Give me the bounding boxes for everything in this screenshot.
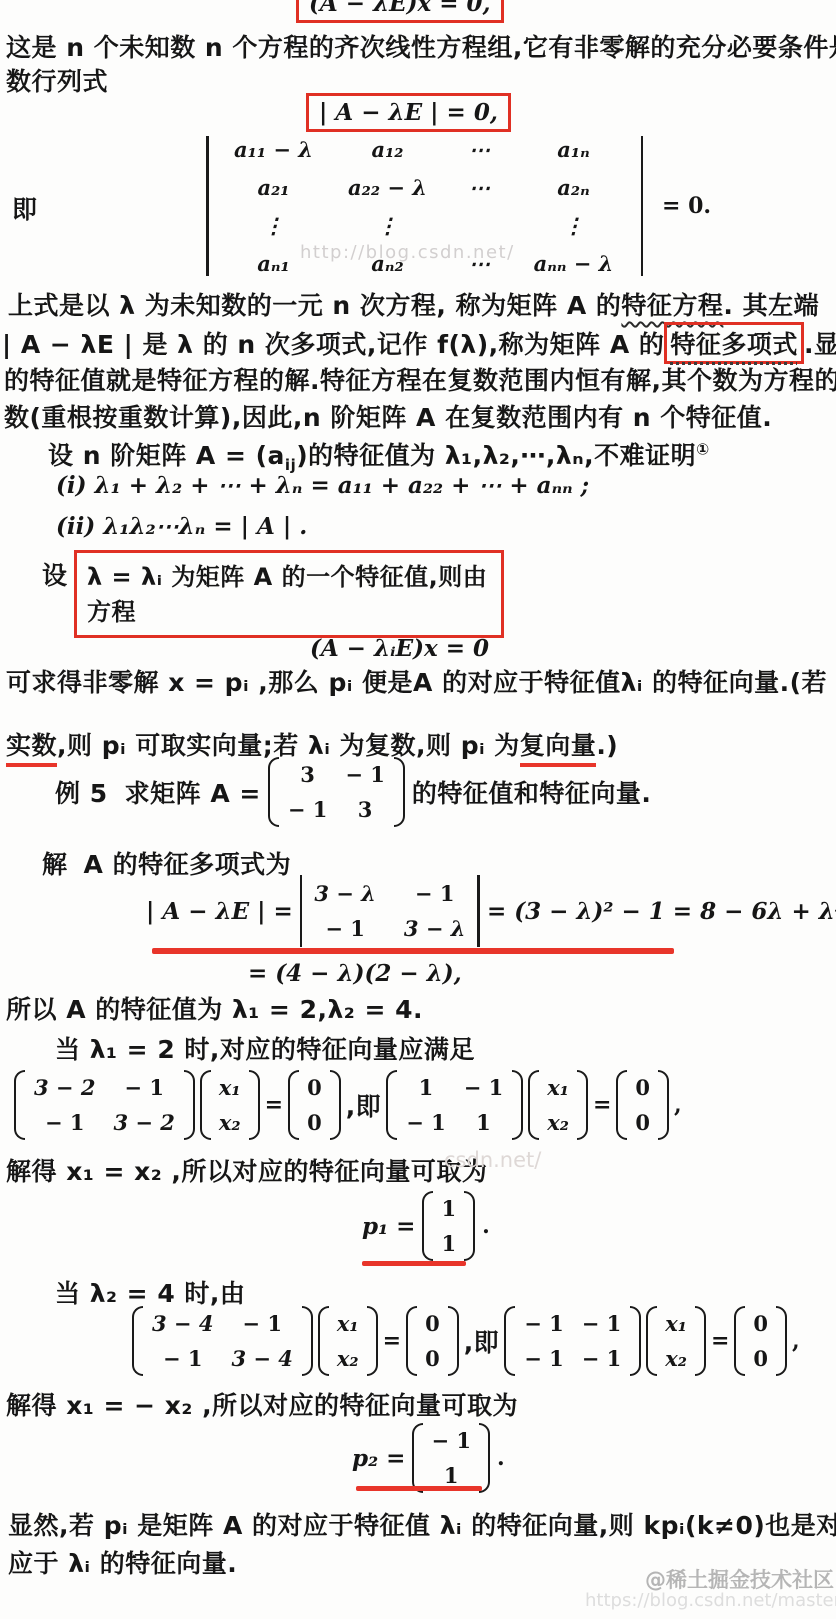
paren-right	[394, 757, 405, 827]
matrix-cell: aₙ₁	[257, 251, 289, 276]
textbook-page: (A − λE)x = 0, 这是 n 个未知数 n 个方程的齐次线性方程组,它…	[0, 0, 836, 1619]
solve-label: 解	[42, 850, 68, 879]
vector-cell: 0	[307, 1110, 322, 1135]
paragraph-characteristic-eq-line2: | A − λE | 是 λ 的 n 次多项式,记作 f(λ),称为矩阵 A 的…	[2, 322, 836, 364]
matrix-cell: aₙₙ − λ	[534, 251, 614, 276]
matrix-cell: − 1	[406, 1110, 446, 1135]
det-entries: 3 − λ − 1 − 1 3 − λ	[302, 875, 477, 947]
matrix-cell: − 1	[524, 1311, 564, 1336]
vector-p1: 11	[422, 1191, 475, 1261]
matrix-cell: a₁ₙ	[557, 137, 589, 162]
vector-x: x₁x₂	[646, 1306, 706, 1376]
matrix: 3 − 4− 1− 13 − 4	[132, 1306, 313, 1376]
paren-right	[512, 1070, 523, 1140]
text-fragment: .显然,A	[804, 330, 836, 359]
text-fragment: ,则 pᵢ 可取实向量;若 λᵢ 为复数,则 pᵢ 为	[57, 731, 520, 760]
matrix-cell: − 1	[288, 797, 328, 822]
paren-left	[14, 1070, 25, 1140]
paren-left	[318, 1306, 329, 1376]
case2-system: 3 − 4− 1− 13 − 4 x₁x₂ = 00 ,即 − 1− 1− 1−…	[132, 1309, 800, 1373]
vector-cell: x₂	[219, 1110, 241, 1135]
matrix-cell: ⋮	[263, 213, 284, 238]
matrix-entries: − 1− 1− 1− 1	[515, 1306, 630, 1376]
vector-entries: 11	[433, 1191, 464, 1261]
vector-cell: 0	[307, 1075, 322, 1100]
paren-right	[630, 1306, 641, 1376]
paren-right	[658, 1070, 669, 1140]
p2-label: p₂ =	[352, 1445, 405, 1472]
matrix-entries: 3 − 4− 1− 13 − 4	[143, 1306, 302, 1376]
vector-entries: 00	[745, 1306, 776, 1376]
namely-text: ,即	[346, 1087, 382, 1123]
matrix-cell: a₁₂	[371, 137, 403, 162]
paren-left	[268, 757, 279, 827]
determinant-bar-left	[206, 136, 209, 276]
paren-left	[386, 1070, 397, 1140]
term-real-number: 实数	[6, 731, 57, 767]
comma: ,	[674, 1092, 682, 1118]
paren-right	[367, 1306, 378, 1376]
paragraph-eigenvector-line1: 可求得非零解 x = pᵢ ,那么 pᵢ 便是A 的对应于特征值λᵢ 的特征向量…	[6, 663, 836, 699]
red-underline-polynomial	[152, 948, 674, 954]
label-namely: 即	[12, 190, 38, 226]
example-5-statement: 例 5 求矩阵 A = 3 − 1 − 1 3 的特征值和特征向量.	[55, 760, 651, 824]
matrix-cell: − 1	[582, 1311, 622, 1336]
text-fragment: .)	[596, 731, 618, 760]
vector-cell: x₂	[665, 1346, 687, 1371]
paren-left	[528, 1070, 539, 1140]
determinant-bar-right	[641, 136, 644, 276]
eigenvector-p2: p₂ = − 11 .	[352, 1430, 505, 1486]
example-text: 求矩阵 A =	[125, 774, 261, 810]
closing-remark-line2: 应于 λᵢ 的特征向量.	[8, 1544, 237, 1580]
vector-entries: x₁x₂	[657, 1306, 695, 1376]
facts-intro: 设 n 阶矩阵 A = (aij)的特征值为 λ₁,λ₂,⋯,λₙ,不难证明①	[48, 436, 710, 474]
paragraph-homogeneous-system-line1: 这是 n 个未知数 n 个方程的齐次线性方程组,它有非零解的充分必要条件是系	[6, 28, 836, 64]
paragraph-characteristic-eq-line4: 数(重根按重数计算),因此,n 阶矩阵 A 在复数范围内有 n 个特征值.	[4, 398, 772, 434]
paren-right	[249, 1070, 260, 1140]
paren-right	[577, 1070, 588, 1140]
case1-intro: 当 λ₁ = 2 时,对应的特征向量应满足	[55, 1030, 475, 1066]
red-underline-p1	[362, 1261, 466, 1266]
text-fragment: | A − λE | 是 λ 的 n 次多项式,记作 f(λ),称为矩阵 A 的	[2, 330, 664, 359]
text-fragment: 上式是以 λ 为未知数的一元 n 次方程, 称为矩阵 A 的	[8, 291, 621, 320]
matrix-cell: 1	[419, 1075, 434, 1100]
matrix-cell: − 1	[415, 881, 455, 906]
paren-left	[406, 1306, 417, 1376]
zero-vector: 00	[734, 1306, 787, 1376]
vector-cell: 0	[425, 1311, 440, 1336]
matrix-cell: 3 − 2	[113, 1110, 174, 1135]
eigenvalues-result: 所以 A 的特征值为 λ₁ = 2,λ₂ = 4.	[6, 990, 423, 1026]
vector-cell: x₁	[337, 1311, 359, 1336]
matrix-cell: − 1	[163, 1346, 203, 1371]
matrix-cell: 1	[476, 1110, 491, 1135]
vector-cell: − 1	[431, 1428, 471, 1453]
term-characteristic-polynomial: 特征多项式	[670, 330, 798, 359]
period: .	[482, 1213, 490, 1239]
eigenvector-p1: p₁ = 11 .	[362, 1196, 490, 1256]
matrix-cell: ⋮	[377, 213, 398, 238]
matrix-cell: a₂₂ − λ	[348, 175, 427, 200]
example-label: 例 5	[55, 774, 108, 810]
watermark-blog-url: http://blog.csdn.net/	[300, 242, 515, 263]
matrix-cell: a₂₁	[257, 175, 289, 200]
paren-right	[464, 1191, 475, 1261]
annotation-box-eigenvalue-equation: λ = λᵢ 为矩阵 A 的一个特征值,则由方程 (A − λᵢE)x = 0	[74, 550, 504, 638]
vector-cell: 1	[441, 1231, 456, 1256]
vector-x: x₁x₂	[200, 1070, 260, 1140]
equals-sign: =	[383, 1328, 401, 1354]
characteristic-polynomial-equation: | A − λE | = 3 − λ − 1 − 1 3 − λ = (3 − …	[146, 881, 836, 941]
p1-label: p₁ =	[362, 1213, 415, 1240]
matrix-cell: − 1	[45, 1110, 85, 1135]
vector-cell: x₁	[219, 1075, 241, 1100]
matrix-cell: 3 − 4	[231, 1346, 292, 1371]
vector-cell: x₁	[665, 1311, 687, 1336]
matrix-cell: − 1	[582, 1346, 622, 1371]
matrix: 3 − 2− 1− 13 − 2	[14, 1070, 195, 1140]
vector-p2: − 11	[412, 1423, 490, 1493]
paren-right	[302, 1306, 313, 1376]
case1-solution-text: 解得 x₁ = x₂ ,所以对应的特征向量可取为	[6, 1152, 487, 1188]
comma: ,	[792, 1328, 800, 1354]
zero-vector: 00	[616, 1070, 669, 1140]
box-line-eigenvalue-statement: λ = λᵢ 为矩阵 A 的一个特征值,则由方程	[87, 557, 493, 627]
zero-vector: 00	[288, 1070, 341, 1140]
matrix-entries: 1− 1− 11	[397, 1070, 512, 1140]
paren-left	[200, 1070, 211, 1140]
vector-entries: 00	[417, 1306, 448, 1376]
paren-right	[448, 1306, 459, 1376]
paren-left	[504, 1306, 515, 1376]
paragraph-characteristic-eq-line3: 的特征值就是特征方程的解.特征方程在复数范围内恒有解,其个数为方程的次	[4, 361, 836, 397]
matrix-cell: − 1	[345, 762, 385, 787]
text-fragment: )的特征值为 λ₁,λ₂,⋯,λₙ,不难证明	[296, 441, 696, 470]
equals-zero: = 0.	[662, 193, 711, 219]
vector-cell: 0	[635, 1075, 650, 1100]
paren-left	[734, 1306, 745, 1376]
paren-left	[616, 1070, 627, 1140]
vector-cell: 1	[441, 1196, 456, 1221]
matrix-cell: − 1	[325, 916, 365, 941]
matrix-cell: − 1	[464, 1075, 504, 1100]
solution-lead: 解A 的特征多项式为	[42, 845, 291, 881]
annotation-box-determinant-zero: | A − λE | = 0,	[306, 93, 511, 132]
example-tail: 的特征值和特征向量.	[412, 774, 652, 810]
term-characteristic-equation: 特征方程	[621, 291, 723, 320]
factored-polynomial: = (4 − λ)(2 − λ),	[248, 960, 462, 987]
vector-cell: 0	[635, 1110, 650, 1135]
closing-remark-line1: 显然,若 pᵢ 是矩阵 A 的对应于特征值 λᵢ 的特征向量,则 kpᵢ(k≠0…	[8, 1506, 836, 1542]
vector-entries: x₁x₂	[329, 1306, 367, 1376]
watermark-csdn-fragment: csdn.net/	[444, 1148, 541, 1172]
matrix-cell: a₂ₙ	[557, 175, 589, 200]
vector-entries: 00	[627, 1070, 658, 1140]
label-let: 设	[42, 556, 68, 592]
vector-x: x₁x₂	[318, 1306, 378, 1376]
formula-a-minus-lambda-i-e: (A − λᵢE)x = 0	[87, 635, 493, 662]
equals-sign: =	[711, 1328, 729, 1354]
matrix-cell: 3 − λ	[314, 881, 376, 906]
watermark-master-hunter-url: https://blog.csdn.net/master_hunter	[585, 1590, 836, 1611]
zero-vector: 00	[406, 1306, 459, 1376]
paren-right	[776, 1306, 787, 1376]
matrix-cell: 3	[300, 762, 315, 787]
case2-solution-text: 解得 x₁ = − x₂ ,所以对应的特征向量可取为	[6, 1386, 518, 1422]
det-2x2: 3 − λ − 1 − 1 3 − λ	[300, 875, 480, 947]
vector-cell: 1	[444, 1463, 459, 1488]
text-fragment: . 其左端	[723, 291, 819, 320]
matrix-a-entries: 3 − 1 − 1 3	[279, 757, 394, 827]
red-underline-p2	[356, 1486, 482, 1491]
eq1-rhs: = (3 − λ)² − 1 = 8 − 6λ + λ²	[487, 898, 836, 925]
vector-entries: x₁x₂	[539, 1070, 577, 1140]
vector-entries: x₁x₂	[211, 1070, 249, 1140]
fact-trace-sum: (i) λ₁ + λ₂ + ⋯ + λₙ = a₁₁ + a₂₂ + ⋯ + a…	[56, 472, 589, 499]
matrix-cell: ⋮	[563, 213, 584, 238]
formula-a-minus-lambda-e-x: (A − λE)x = 0,	[309, 0, 491, 17]
matrix-cell: − 1	[124, 1075, 164, 1100]
vector-cell: 0	[753, 1346, 768, 1371]
paragraph-characteristic-eq-line1: 上式是以 λ 为未知数的一元 n 次方程, 称为矩阵 A 的特征方程. 其左端	[8, 286, 819, 322]
matrix-cell: a₁₁ − λ	[234, 137, 313, 162]
matrix-entries: 3 − 2− 1− 13 − 2	[25, 1070, 184, 1140]
paren-right	[184, 1070, 195, 1140]
equals-sign: =	[593, 1092, 611, 1118]
matrix-cell: − 1	[242, 1311, 282, 1336]
matrix-cell: 3	[358, 797, 373, 822]
matrix-a: 3 − 1 − 1 3	[268, 757, 405, 827]
vector-cell: 0	[425, 1346, 440, 1371]
determinant-bar-right	[477, 875, 480, 947]
solve-text: A 的特征多项式为	[84, 850, 292, 879]
paren-left	[422, 1191, 433, 1261]
fact-determinant-product: (ii) λ₁λ₂⋯λₙ = | A | .	[56, 513, 307, 540]
matrix-cell: 3 − 4	[152, 1311, 213, 1336]
matrix-cell: ⋯	[469, 137, 490, 162]
paragraph-homogeneous-system-line2: 数行列式	[6, 62, 108, 98]
matrix-cell: 3 − λ	[404, 916, 466, 941]
equals-sign: =	[265, 1092, 283, 1118]
eq1-lhs: | A − λE | =	[146, 898, 293, 925]
vector-cell: x₂	[547, 1110, 569, 1135]
matrix-cell: − 1	[524, 1346, 564, 1371]
paren-left	[132, 1306, 143, 1376]
text-fragment: 设 n 阶矩阵 A = (a	[48, 441, 285, 470]
paren-right	[479, 1423, 490, 1493]
annotation-box-characteristic-polynomial: 特征多项式	[664, 322, 804, 364]
paren-right	[695, 1306, 706, 1376]
annotation-box-characteristic-system: (A − λE)x = 0,	[296, 0, 504, 23]
case2-intro: 当 λ₂ = 4 时,由	[55, 1274, 245, 1310]
paren-left	[646, 1306, 657, 1376]
paren-right	[330, 1070, 341, 1140]
vector-entries: 00	[299, 1070, 330, 1140]
vector-cell: 0	[753, 1311, 768, 1336]
matrix: − 1− 1− 1− 1	[504, 1306, 641, 1376]
matrix-cell: ⋯	[469, 175, 490, 200]
vector-cell: x₂	[337, 1346, 359, 1371]
matrix: 1− 1− 11	[386, 1070, 523, 1140]
footnote-mark: ①	[696, 441, 710, 459]
case1-system: 3 − 2− 1− 13 − 2 x₁x₂ = 00 ,即 1− 1− 11 x…	[14, 1072, 682, 1138]
paren-left	[412, 1423, 423, 1493]
matrix-cell: 3 − 2	[34, 1075, 95, 1100]
vector-cell: x₁	[547, 1075, 569, 1100]
paren-left	[288, 1070, 299, 1140]
period: .	[497, 1445, 505, 1471]
formula-det-zero: | A − λE | = 0,	[319, 99, 498, 126]
vector-entries: − 11	[423, 1423, 479, 1493]
namely-text: ,即	[464, 1323, 500, 1359]
vector-x: x₁x₂	[528, 1070, 588, 1140]
